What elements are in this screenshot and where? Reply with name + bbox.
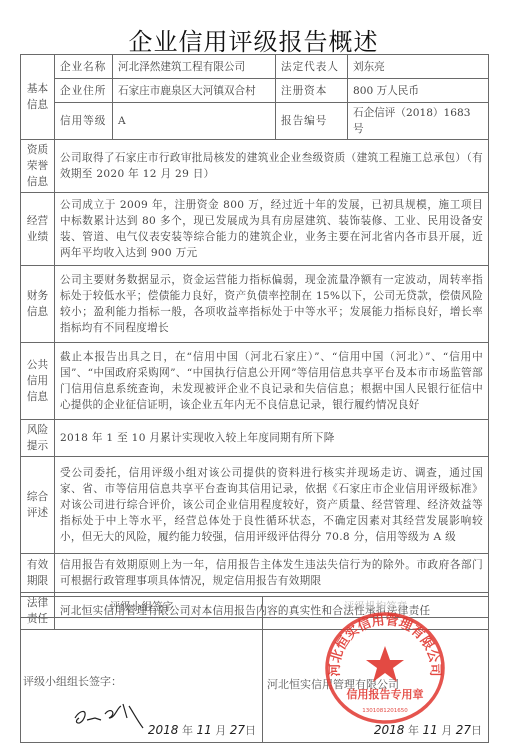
team-sign-date: 2018 年 11 月 27日 [148, 722, 256, 738]
address-value: 石家庄市鹿泉区大河镇双合村 [113, 79, 276, 103]
finance-text: 公司主要财务数据显示，资金运营能力指标偏弱，现金流量净额有一定波动，周转率指标处… [55, 266, 489, 343]
section-summary: 综合评述 受公司委托，信用评级小组对该公司提供的资料进行核实并现场走访、调查，通… [21, 457, 489, 554]
section-risk: 风险提示 2018 年 1 至 10 月累计实现收入较上年度同期有所下降 [21, 420, 489, 457]
handwritten-signature-icon [71, 696, 151, 730]
qualification-text: 公司取得了石家庄市行政审批局核发的建筑业企业叁级资质（建筑工程施工总承包）（有效… [55, 140, 489, 193]
field-label-report-no: 报告编号 [276, 103, 348, 140]
field-label-legal-rep: 法定代表人 [276, 55, 348, 79]
section-validity: 有效期限 信用报告有效期原则上为一年，信用报告主体发生违法失信行为的除外。市政府… [21, 554, 489, 593]
section-label-finance: 财务信息 [21, 266, 55, 343]
report-table: 基本信息 企业名称 河北泽然建筑工程有限公司 法定代表人 刘东亮 企业住所 石家… [20, 54, 489, 630]
company-name-value: 河北泽然建筑工程有限公司 [113, 55, 276, 79]
field-label-address: 企业住所 [55, 79, 113, 103]
rating-team-signature-cell: 评级小组组长签字： 2018 年 11 月 27日 [21, 618, 263, 743]
section-label-basic: 基本信息 [21, 55, 55, 140]
section-public-credit: 公共信用信息 截止本报告出具之日，在“信用中国（河北石家庄）”、“信用中国（河北… [21, 343, 489, 420]
section-label-validity: 有效期限 [21, 554, 55, 593]
seal-center-text: 信用报告专用章 [347, 687, 424, 701]
section-label-risk: 风险提示 [21, 420, 55, 457]
summary-text: 受公司委托，信用评级小组对该公司提供的资料进行核实并现场走访、调查，通过国家、省… [55, 457, 489, 554]
section-qualification: 资质荣誉信息 公司取得了石家庄市行政审批局核发的建筑业企业叁级资质（建筑工程施工… [21, 140, 489, 193]
seal-serial-text: 1301081201650 [362, 708, 408, 714]
performance-text: 公司成立于 2009 年，注册资金 800 万，经过近十年的发展，已初具规模，施… [55, 193, 489, 266]
section-label-performance: 经营业绩 [21, 193, 55, 266]
basic-row-2: 企业住所 石家庄市鹿泉区大河镇双合村 注册资本 800 万人民币 [21, 79, 489, 103]
section-finance: 财务信息 公司主要财务数据显示，资金运营能力指标偏弱，现金流量净额有一定波动，周… [21, 266, 489, 343]
field-label-company-name: 企业名称 [55, 55, 113, 79]
public-credit-text: 截止本报告出具之日，在“信用中国（河北石家庄）”、“信用中国（河北）”、“信用中… [55, 343, 489, 420]
basic-row-3: 信用等级 A 报告编号 石企信评（2018）1683 号 [21, 103, 489, 140]
section-label-qualification: 资质荣誉信息 [21, 140, 55, 193]
rating-team-signature-header: 评级小组签字 [21, 597, 263, 618]
report-no-value: 石企信评（2018）1683 号 [348, 103, 489, 140]
team-leader-signature-label: 评级小组组长签字： [23, 673, 122, 689]
section-performance: 经营业绩 公司成立于 2009 年，注册资金 800 万，经过近十年的发展，已初… [21, 193, 489, 266]
capital-value: 800 万人民币 [348, 79, 489, 103]
credit-grade-value: A [113, 103, 276, 140]
field-label-credit-grade: 信用等级 [55, 103, 113, 140]
official-seal-icon: 河北恒实信用管理有限公司 信用报告专用章 1301081201650 [322, 610, 448, 726]
field-label-capital: 注册资本 [276, 79, 348, 103]
basic-row-1: 基本信息 企业名称 河北泽然建筑工程有限公司 法定代表人 刘东亮 [21, 55, 489, 79]
section-label-summary: 综合评述 [21, 457, 55, 554]
page-title: 企业信用评级报告概述 [0, 22, 507, 57]
legal-rep-value: 刘东亮 [348, 55, 489, 79]
section-label-public-credit: 公共信用信息 [21, 343, 55, 420]
risk-text: 2018 年 1 至 10 月累计实现收入较上年度同期有所下降 [55, 420, 489, 457]
validity-text: 信用报告有效期原则上为一年，信用报告主体发生违法失信行为的除外。市政府各部门可根… [55, 554, 489, 593]
